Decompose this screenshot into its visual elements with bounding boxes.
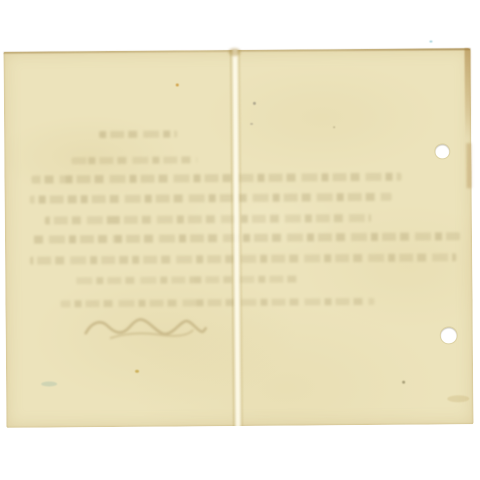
- bleed-text-line: [30, 193, 392, 204]
- bleed-text-line: [32, 173, 402, 184]
- bleed-text-line: [99, 130, 177, 138]
- signature-squiggle-icon: [83, 308, 209, 345]
- paper-speck: [333, 126, 335, 128]
- paper-speck: [250, 123, 253, 125]
- scan-canvas: [0, 0, 480, 480]
- bleed-text-line: [30, 232, 460, 243]
- punch-hole: [435, 144, 449, 158]
- paper-speck: [176, 83, 179, 86]
- paper-speck: [402, 381, 405, 384]
- signature-bleed-smudge: [83, 308, 209, 350]
- paper-speck: [135, 370, 139, 373]
- paper-speck: [253, 102, 256, 105]
- bleed-text-line: [45, 214, 371, 225]
- bleed-text-line: [60, 298, 374, 307]
- bleed-text-line: [71, 156, 197, 164]
- punch-hole: [441, 327, 457, 343]
- bleed-text-line: [75, 276, 301, 285]
- paper-speck: [429, 40, 432, 42]
- fold-top-notch: [229, 48, 241, 56]
- paper-wrapper: [4, 48, 474, 428]
